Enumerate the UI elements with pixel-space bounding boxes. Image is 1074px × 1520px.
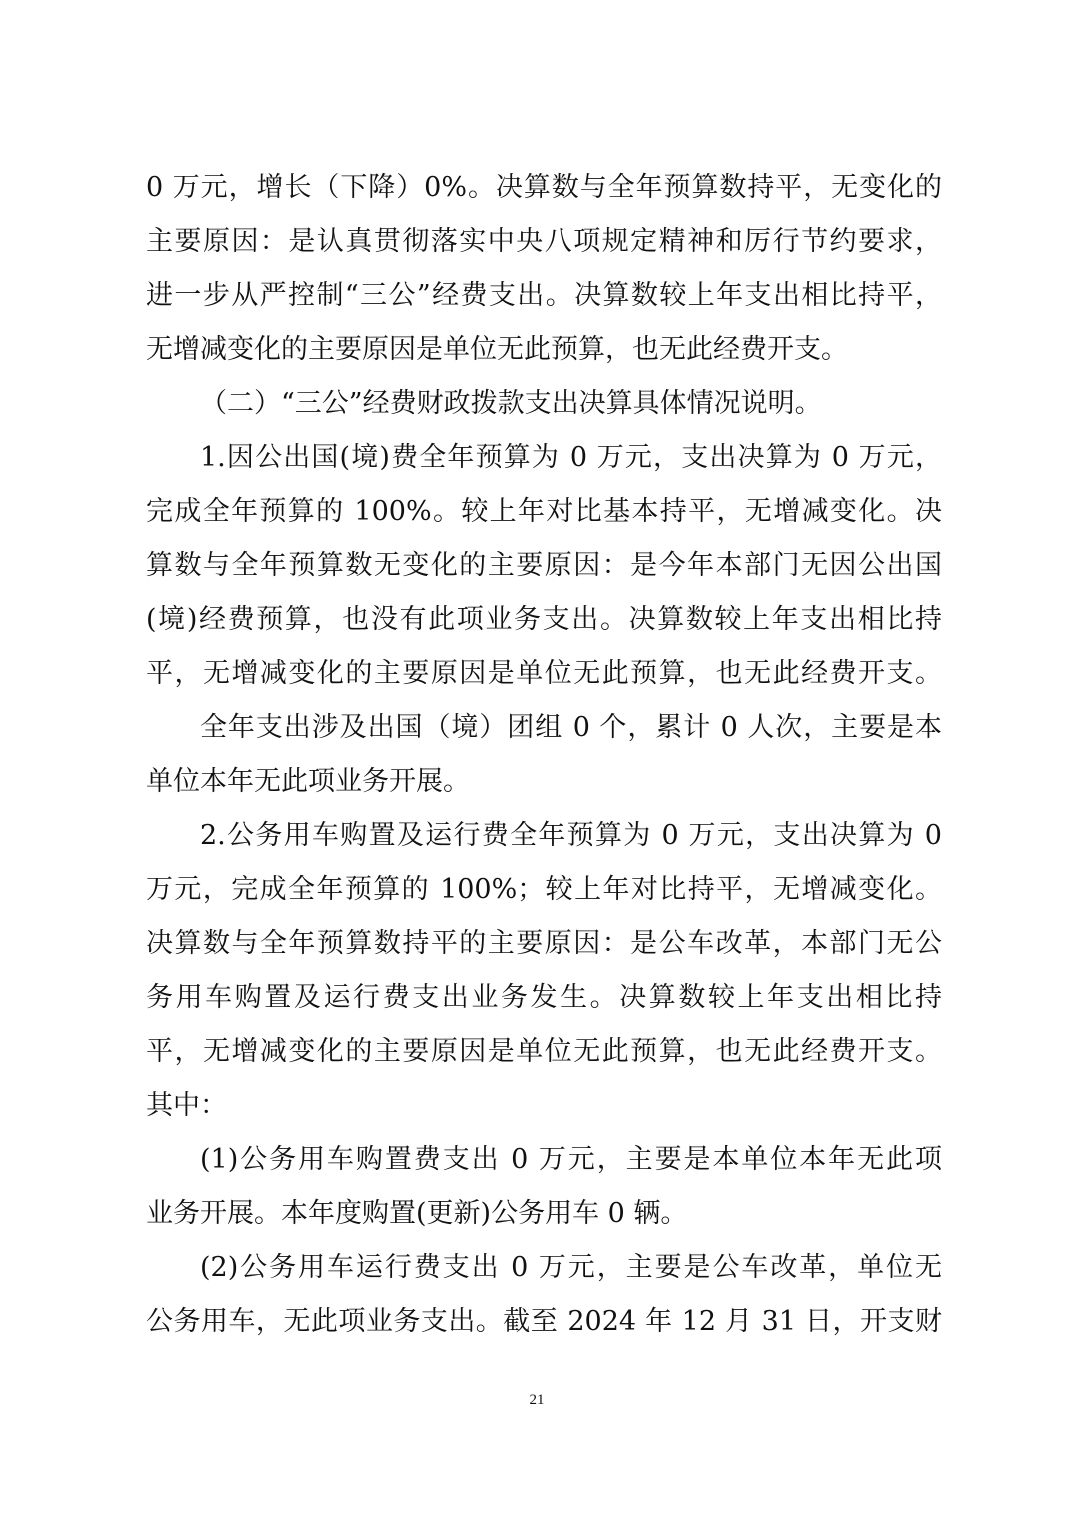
text-line: (2)公务用车运行费支出 0 万元，主要是公车改革，单位无 xyxy=(200,1248,942,1288)
text-line: 其中： xyxy=(146,1086,942,1126)
page-number: 21 xyxy=(0,1392,1074,1409)
text-line: 平，无增减变化的主要原因是单位无此预算，也无此经费开支。 xyxy=(146,1032,942,1072)
document-page: 0 万元，增长（下降）0%。决算数与全年预算数持平，无变化的 主要原因：是认真贯… xyxy=(0,0,1074,1520)
text-line: 全年支出涉及出国（境）团组 0 个，累计 0 人次，主要是本 xyxy=(200,708,942,748)
text-line: 务用车购置及运行费支出业务发生。决算数较上年支出相比持 xyxy=(146,978,942,1018)
text-line: (境)经费预算，也没有此项业务支出。决算数较上年支出相比持 xyxy=(146,600,942,640)
text-line: 1.因公出国(境)费全年预算为 0 万元，支出决算为 0 万元， xyxy=(200,438,942,478)
section-heading: （二）“三公”经费财政拨款支出决算具体情况说明。 xyxy=(200,384,942,424)
text-line: 主要原因：是认真贯彻落实中央八项规定精神和厉行节约要求， xyxy=(146,222,942,262)
text-line: 进一步从严控制“三公”经费支出。决算数较上年支出相比持平， xyxy=(146,276,942,316)
text-line: 决算数与全年预算数持平的主要原因：是公车改革，本部门无公 xyxy=(146,924,942,964)
text-line: 无增减变化的主要原因是单位无此预算，也无此经费开支。 xyxy=(146,330,942,370)
text-line: 公务用车，无此项业务支出。截至 2024 年 12 月 31 日，开支财 xyxy=(146,1302,942,1342)
text-line: (1)公务用车购置费支出 0 万元，主要是本单位本年无此项 xyxy=(200,1140,942,1180)
text-line: 算数与全年预算数无变化的主要原因：是今年本部门无因公出国 xyxy=(146,546,942,586)
text-line: 完成全年预算的 100%。较上年对比基本持平，无增减变化。决 xyxy=(146,492,942,532)
text-line: 平，无增减变化的主要原因是单位无此预算，也无此经费开支。 xyxy=(146,654,942,694)
text-line: 0 万元，增长（下降）0%。决算数与全年预算数持平，无变化的 xyxy=(146,168,942,208)
text-line: 单位本年无此项业务开展。 xyxy=(146,762,942,802)
text-line: 业务开展。本年度购置(更新)公务用车 0 辆。 xyxy=(146,1194,942,1234)
text-line: 2.公务用车购置及运行费全年预算为 0 万元，支出决算为 0 xyxy=(200,816,942,856)
text-line: 万元，完成全年预算的 100%；较上年对比持平，无增减变化。 xyxy=(146,870,942,910)
